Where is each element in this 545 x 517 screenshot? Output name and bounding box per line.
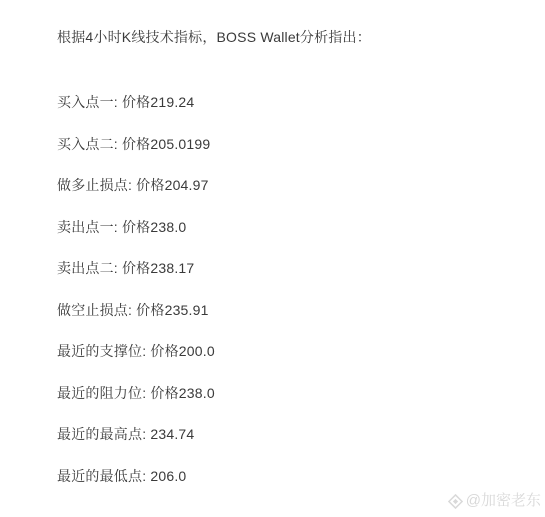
watermark: @加密老东 — [448, 493, 541, 509]
signal-line-sell-2: 卖出点二: 价格238.17 — [57, 258, 525, 278]
intro-paragraph: 根据4小时K线技术指标，BOSS Wallet分析指出： — [57, 27, 525, 47]
diamond-logo-icon — [448, 494, 463, 509]
signal-line-recent-low: 最近的最低点: 206.0 — [57, 466, 525, 486]
signal-line-recent-high: 最近的最高点: 234.74 — [57, 424, 525, 444]
signal-line-buy-1: 买入点一: 价格219.24 — [57, 92, 525, 112]
signal-line-buy-2: 买入点二: 价格205.0199 — [57, 134, 525, 154]
signal-line-resistance: 最近的阻力位: 价格238.0 — [57, 383, 525, 403]
signal-line-sell-1: 卖出点一: 价格238.0 — [57, 217, 525, 237]
signal-line-support: 最近的支撑位: 价格200.0 — [57, 341, 525, 361]
article-body: 根据4小时K线技术指标，BOSS Wallet分析指出： 买入点一: 价格219… — [0, 0, 545, 486]
signal-line-short-stoploss: 做空止损点: 价格235.91 — [57, 300, 525, 320]
watermark-text: @加密老东 — [466, 493, 541, 509]
signal-line-long-stoploss: 做多止损点: 价格204.97 — [57, 175, 525, 195]
